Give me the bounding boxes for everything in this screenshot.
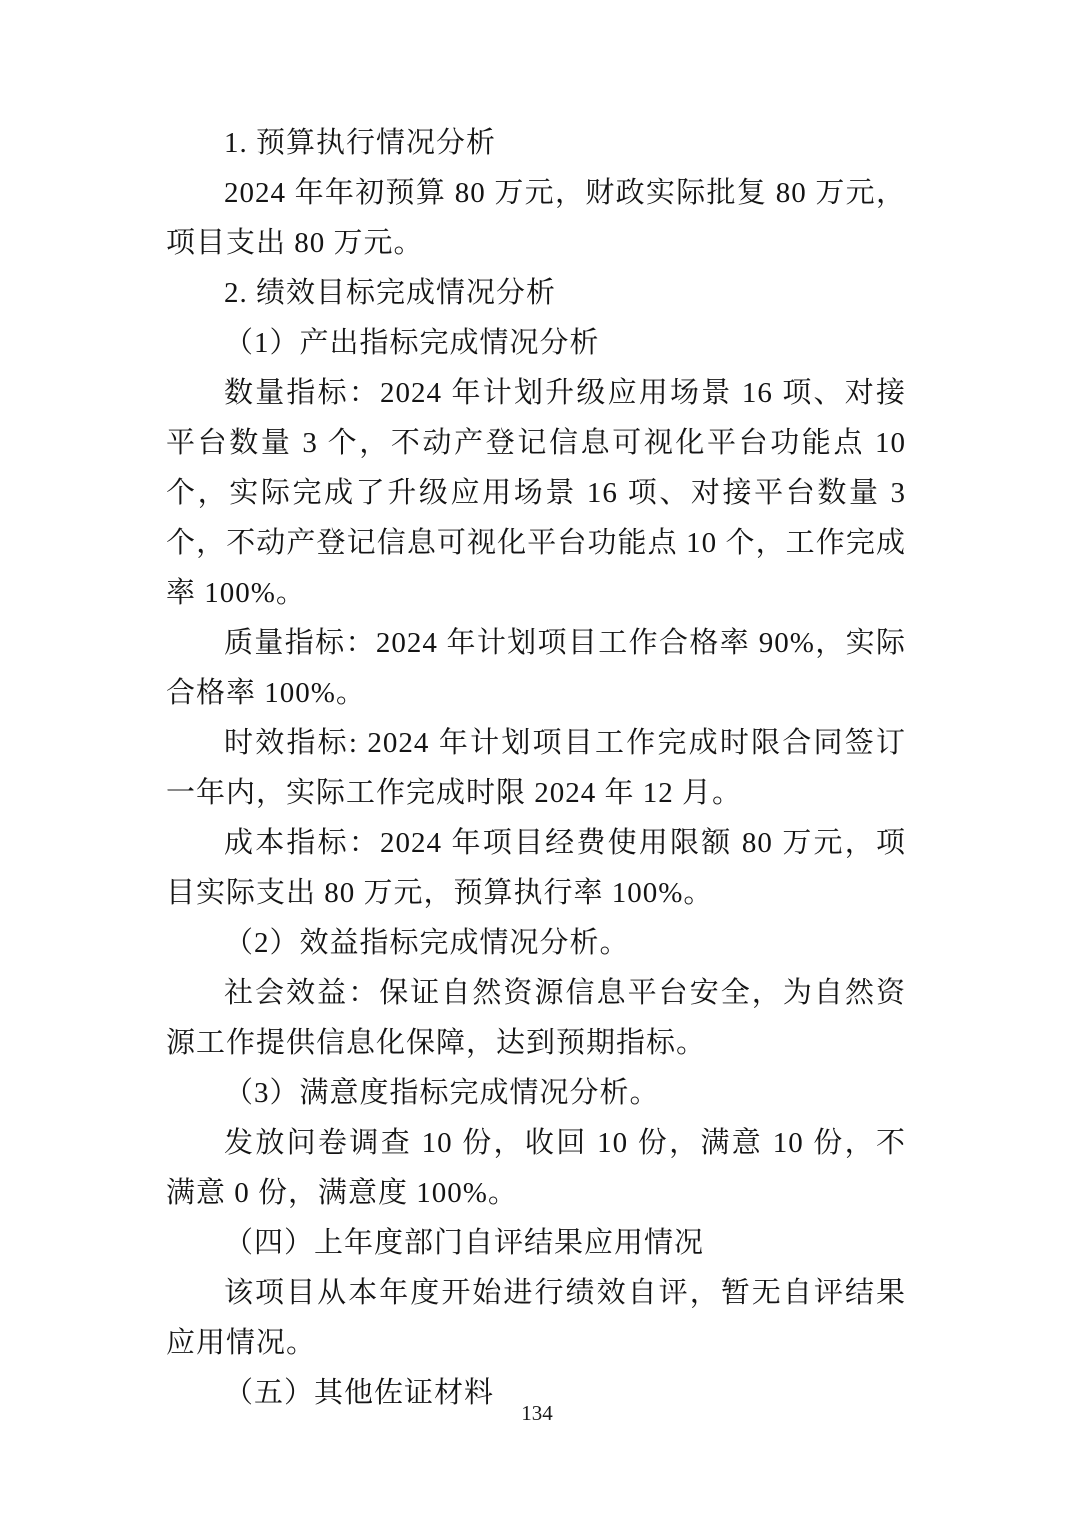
document-page: 1. 预算执行情况分析 2024 年年初预算 80 万元，财政实际批复 80 万… [0,0,1074,1520]
page-number: 134 [521,1401,553,1425]
heading-budget-execution-analysis: 1. 预算执行情况分析 [166,118,906,168]
paragraph-social-benefit: 社会效益：保证自然资源信息平台安全，为自然资源工作提供信息化保障，达到预期指标。 [166,968,906,1068]
page-footer: 134 [0,1398,1074,1428]
heading-output-indicator-analysis: （1）产出指标完成情况分析 [166,318,906,368]
heading-benefit-indicator-analysis: （2）效益指标完成情况分析。 [166,918,906,968]
document-body: 1. 预算执行情况分析 2024 年年初预算 80 万元，财政实际批复 80 万… [166,118,906,1418]
paragraph-cost-indicator: 成本指标：2024 年项目经费使用限额 80 万元，项目实际支出 80 万元，预… [166,818,906,918]
paragraph-prior-year-self-evaluation: 该项目从本年度开始进行绩效自评，暂无自评结果应用情况。 [166,1268,906,1368]
paragraph-budget-figures: 2024 年年初预算 80 万元，财政实际批复 80 万元，项目支出 80 万元… [166,168,906,268]
heading-satisfaction-indicator-analysis: （3）满意度指标完成情况分析。 [166,1068,906,1118]
paragraph-quantity-indicator: 数量指标：2024 年计划升级应用场景 16 项、对接平台数量 3 个，不动产登… [166,368,906,618]
paragraph-satisfaction-survey: 发放问卷调查 10 份，收回 10 份，满意 10 份，不满意 0 份，满意度 … [166,1118,906,1218]
paragraph-timeliness-indicator: 时效指标: 2024 年计划项目工作完成时限合同签订一年内，实际工作完成时限 2… [166,718,906,818]
heading-prior-year-self-evaluation-application: （四）上年度部门自评结果应用情况 [166,1218,906,1268]
heading-performance-goal-analysis: 2. 绩效目标完成情况分析 [166,268,906,318]
paragraph-quality-indicator: 质量指标：2024 年计划项目工作合格率 90%，实际合格率 100%。 [166,618,906,718]
